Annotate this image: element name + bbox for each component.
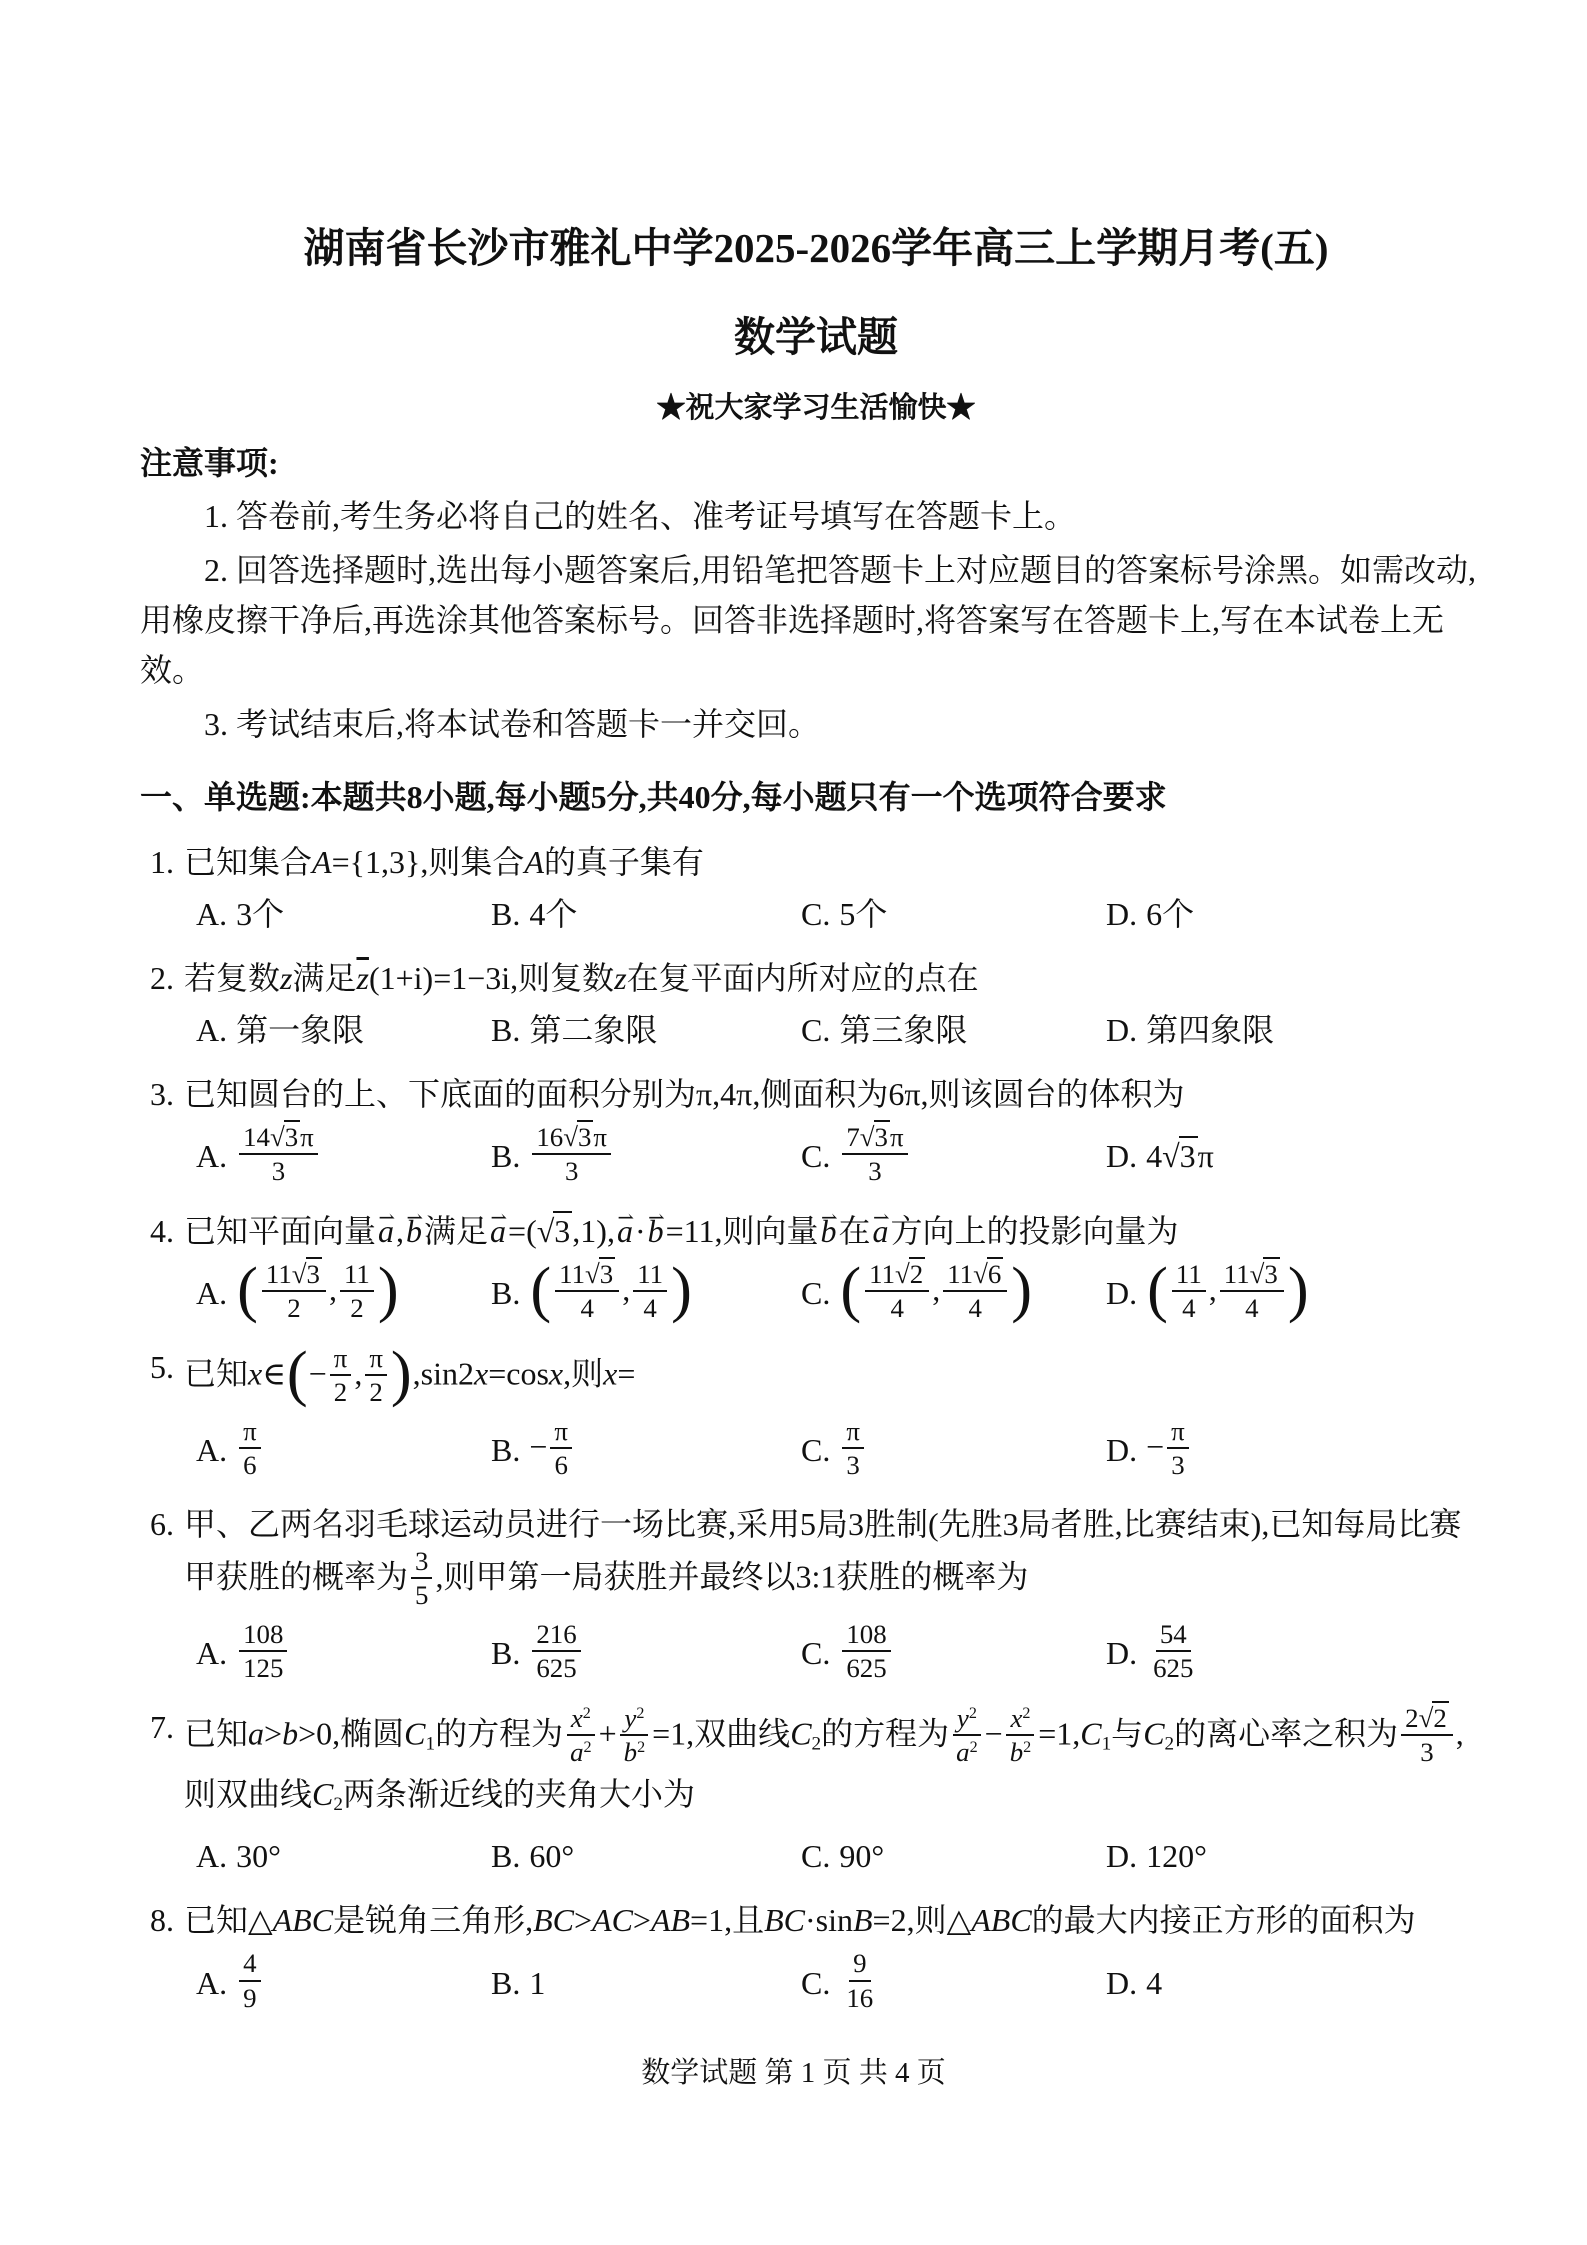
- option-text: −π3: [1146, 1417, 1192, 1484]
- option-label: A.: [196, 1427, 227, 1473]
- question-8-option-d: D. 4: [1106, 1960, 1492, 2006]
- option-text: 49: [236, 1949, 263, 2016]
- question-stem-row: 7. 已知a>b>0,椭圆C1的方程为x2a2+y2b2=1,双曲线C2的方程为…: [150, 1704, 1492, 1827]
- option-label: B.: [491, 1833, 520, 1879]
- question-stem-row: 8. 已知△ABC是锐角三角形,BC>AC>AB=1,且BC·sinB=2,则△…: [150, 1897, 1492, 1943]
- question-stem: 已知a>b>0,椭圆C1的方程为x2a2+y2b2=1,双曲线C2的方程为y2a…: [184, 1704, 1492, 1827]
- option-label: B.: [491, 1427, 520, 1473]
- question-8-option-b: B. 1: [491, 1960, 801, 2006]
- question-6-option-b: B. 216625: [491, 1620, 801, 1687]
- option-text: 4: [1146, 1960, 1162, 2006]
- question-stem: 若复数z满足z(1+i)=1−3i,则复数z在复平面内所对应的点在: [184, 955, 1492, 1001]
- option-text: 108625: [839, 1620, 893, 1687]
- question-7-option-c: C. 90°: [801, 1833, 1106, 1879]
- option-text: 5个: [839, 891, 887, 937]
- question-3-option-a: A. 14√3π3: [196, 1123, 491, 1190]
- option-label: D.: [1106, 1427, 1137, 1473]
- question-3: 3. 已知圆台的上、下底面的面积分别为π,4π,侧面积为6π,则该圆台的体积为 …: [140, 1071, 1492, 1190]
- question-stem-row: 6. 甲、乙两名羽毛球运动员进行一场比赛,采用5局3胜制(先胜3局者胜,比赛结束…: [150, 1501, 1492, 1614]
- question-number: 6.: [150, 1501, 174, 1614]
- page-footer: 数学试题 第 1 页 共 4 页: [0, 2052, 1587, 2096]
- option-text: (11√24,11√64): [839, 1260, 1033, 1327]
- option-text: 60°: [529, 1833, 574, 1879]
- notice-item-2: 2. 回答选择题时,选出每小题答案后,用铅笔把答题卡上对应题目的答案标号涂黑。如…: [140, 545, 1492, 695]
- option-text: π3: [839, 1417, 867, 1484]
- option-label: A.: [196, 1630, 227, 1676]
- option-label: B.: [491, 1960, 520, 2006]
- question-5-option-c: C. π3: [801, 1417, 1106, 1484]
- option-text: 7√3π3: [839, 1123, 910, 1190]
- question-number: 8.: [150, 1897, 174, 1943]
- question-2: 2. 若复数z满足z(1+i)=1−3i,则复数z在复平面内所对应的点在 A. …: [140, 955, 1492, 1053]
- question-2-option-b: B. 第二象限: [491, 1007, 801, 1053]
- question-7-option-d: D. 120°: [1106, 1833, 1492, 1879]
- option-label: B.: [491, 1133, 520, 1179]
- option-row: A. 第一象限 B. 第二象限 C. 第三象限 D. 第四象限: [150, 1007, 1492, 1053]
- question-stem: 已知圆台的上、下底面的面积分别为π,4π,侧面积为6π,则该圆台的体积为: [184, 1071, 1492, 1117]
- question-6-option-d: D. 54625: [1106, 1620, 1492, 1687]
- question-4-option-a: A. (11√32,112): [196, 1260, 491, 1327]
- question-stem: 已知x∈(−π2,π2),sin2x=cosx,则x=: [184, 1344, 1492, 1411]
- question-2-option-a: A. 第一象限: [196, 1007, 491, 1053]
- option-label: C.: [801, 1427, 830, 1473]
- notice-section: 注意事项: 1. 答卷前,考生务必将自己的姓名、准考证号填写在答题卡上。 2. …: [140, 439, 1492, 749]
- option-label: B.: [491, 1270, 520, 1316]
- question-1: 1. 已知集合A={1,3},则集合A的真子集有 A. 3个 B. 4个 C. …: [140, 839, 1492, 937]
- notice-item-3: 3. 考试结束后,将本试卷和答题卡一并交回。: [140, 699, 1492, 749]
- option-text: 30°: [236, 1833, 281, 1879]
- question-3-option-c: C. 7√3π3: [801, 1123, 1106, 1190]
- option-label: A.: [196, 1833, 227, 1879]
- option-row: A. 3个 B. 4个 C. 5个 D. 6个: [150, 891, 1492, 937]
- option-label: D.: [1106, 891, 1137, 937]
- question-stem: 已知集合A={1,3},则集合A的真子集有: [184, 839, 1492, 885]
- option-label: D.: [1106, 1270, 1137, 1316]
- exam-page: 湖南省长沙市雅礼中学2025-2026学年高三上学期月考(五) 数学试题 ★祝大…: [0, 222, 1587, 2016]
- question-8-option-a: A. 49: [196, 1949, 491, 2016]
- option-label: D.: [1106, 1630, 1137, 1676]
- question-5-option-b: B. −π6: [491, 1417, 801, 1484]
- option-label: A.: [196, 1007, 227, 1053]
- option-label: A.: [196, 1960, 227, 2006]
- option-row: A. 14√3π3 B. 16√3π3 C. 7√3π3 D. 4√3π: [150, 1123, 1492, 1190]
- option-text: 14√3π3: [236, 1123, 321, 1190]
- question-stem-row: 1. 已知集合A={1,3},则集合A的真子集有: [150, 839, 1492, 885]
- option-label: B.: [491, 1007, 520, 1053]
- option-text: 第二象限: [529, 1007, 657, 1053]
- option-label: C.: [801, 891, 830, 937]
- paper-title: 数学试题: [140, 313, 1492, 362]
- question-4-option-d: D. (114,11√34): [1106, 1260, 1492, 1327]
- question-7-option-b: B. 60°: [491, 1833, 801, 1879]
- question-1-option-d: D. 6个: [1106, 891, 1492, 937]
- option-text: 216625: [529, 1620, 583, 1687]
- question-6-option-a: A. 108125: [196, 1620, 491, 1687]
- option-row: A. (11√32,112) B. (11√34,114) C. (11√24,…: [150, 1260, 1492, 1327]
- question-number: 2.: [150, 955, 174, 1001]
- option-label: D.: [1106, 1960, 1137, 2006]
- option-text: 第四象限: [1146, 1007, 1274, 1053]
- option-text: 4个: [529, 891, 577, 937]
- question-list: 1. 已知集合A={1,3},则集合A的真子集有 A. 3个 B. 4个 C. …: [140, 839, 1492, 2016]
- question-6: 6. 甲、乙两名羽毛球运动员进行一场比赛,采用5局3胜制(先胜3局者胜,比赛结束…: [140, 1501, 1492, 1686]
- option-row: A. π6 B. −π6 C. π3 D. −π3: [150, 1417, 1492, 1484]
- option-text: 1: [529, 1960, 545, 2006]
- notice-item-1: 1. 答卷前,考生务必将自己的姓名、准考证号填写在答题卡上。: [140, 491, 1492, 541]
- question-4: 4. 已知平面向量a,b满足a=(√3,1),a·b=11,则向量b在a方向上的…: [140, 1208, 1492, 1327]
- option-text: (114,11√34): [1146, 1260, 1310, 1327]
- question-stem: 甲、乙两名羽毛球运动员进行一场比赛,采用5局3胜制(先胜3局者胜,比赛结束),已…: [184, 1501, 1492, 1614]
- question-2-option-d: D. 第四象限: [1106, 1007, 1492, 1053]
- question-4-option-c: C. (11√24,11√64): [801, 1260, 1106, 1327]
- question-1-option-c: C. 5个: [801, 891, 1106, 937]
- notice-heading: 注意事项:: [140, 439, 1492, 487]
- option-row: A. 108125 B. 216625 C. 108625 D. 54625: [150, 1620, 1492, 1687]
- option-label: C.: [801, 1960, 830, 2006]
- option-label: C.: [801, 1833, 830, 1879]
- option-label: D.: [1106, 1133, 1137, 1179]
- option-text: 916: [839, 1949, 880, 2016]
- section-heading: 一、单选题:本题共8小题,每小题5分,共40分,每小题只有一个选项符合要求: [140, 773, 1492, 821]
- option-label: B.: [491, 1630, 520, 1676]
- question-4-option-b: B. (11√34,114): [491, 1260, 801, 1327]
- option-text: 108125: [236, 1620, 290, 1687]
- question-number: 3.: [150, 1071, 174, 1117]
- option-label: B.: [491, 891, 520, 937]
- option-text: π6: [236, 1417, 264, 1484]
- option-text: 3个: [236, 891, 284, 937]
- question-3-option-d: D. 4√3π: [1106, 1133, 1492, 1179]
- option-label: C.: [801, 1007, 830, 1053]
- question-stem: 已知△ABC是锐角三角形,BC>AC>AB=1,且BC·sinB=2,则△ABC…: [184, 1897, 1492, 1943]
- option-text: (11√32,112): [236, 1260, 400, 1327]
- question-7: 7. 已知a>b>0,椭圆C1的方程为x2a2+y2b2=1,双曲线C2的方程为…: [140, 1704, 1492, 1879]
- question-5: 5. 已知x∈(−π2,π2),sin2x=cosx,则x= A. π6 B. …: [140, 1344, 1492, 1483]
- question-1-option-b: B. 4个: [491, 891, 801, 937]
- question-8: 8. 已知△ABC是锐角三角形,BC>AC>AB=1,且BC·sinB=2,则△…: [140, 1897, 1492, 2016]
- option-label: D.: [1106, 1833, 1137, 1879]
- question-5-option-a: A. π6: [196, 1417, 491, 1484]
- question-stem-row: 3. 已知圆台的上、下底面的面积分别为π,4π,侧面积为6π,则该圆台的体积为: [150, 1071, 1492, 1117]
- option-text: 4√3π: [1146, 1133, 1214, 1179]
- option-text: 90°: [839, 1833, 884, 1879]
- question-number: 7.: [150, 1704, 174, 1827]
- option-text: −π6: [529, 1417, 575, 1484]
- question-number: 5.: [150, 1344, 174, 1411]
- option-row: A. 30° B. 60° C. 90° D. 120°: [150, 1833, 1492, 1879]
- option-label: C.: [801, 1630, 830, 1676]
- option-text: 第三象限: [839, 1007, 967, 1053]
- question-stem: 已知平面向量a,b满足a=(√3,1),a·b=11,则向量b在a方向上的投影向…: [184, 1208, 1492, 1254]
- option-label: C.: [801, 1270, 830, 1316]
- option-text: 54625: [1146, 1620, 1200, 1687]
- question-stem-row: 4. 已知平面向量a,b满足a=(√3,1),a·b=11,则向量b在a方向上的…: [150, 1208, 1492, 1254]
- exam-title: 湖南省长沙市雅礼中学2025-2026学年高三上学期月考(五): [140, 222, 1492, 275]
- motto-line: ★祝大家学习生活愉快★: [140, 388, 1492, 429]
- question-6-option-c: C. 108625: [801, 1620, 1106, 1687]
- question-number: 4.: [150, 1208, 174, 1254]
- question-7-option-a: A. 30°: [196, 1833, 491, 1879]
- option-text: 16√3π3: [529, 1123, 614, 1190]
- option-label: A.: [196, 891, 227, 937]
- option-text: 第一象限: [236, 1007, 364, 1053]
- option-text: 6个: [1146, 891, 1194, 937]
- option-label: A.: [196, 1133, 227, 1179]
- option-text: 120°: [1146, 1833, 1207, 1879]
- question-stem-row: 5. 已知x∈(−π2,π2),sin2x=cosx,则x=: [150, 1344, 1492, 1411]
- question-5-option-d: D. −π3: [1106, 1417, 1492, 1484]
- question-number: 1.: [150, 839, 174, 885]
- question-3-option-b: B. 16√3π3: [491, 1123, 801, 1190]
- option-label: A.: [196, 1270, 227, 1316]
- question-8-option-c: C. 916: [801, 1949, 1106, 2016]
- option-label: C.: [801, 1133, 830, 1179]
- question-2-option-c: C. 第三象限: [801, 1007, 1106, 1053]
- question-stem-row: 2. 若复数z满足z(1+i)=1−3i,则复数z在复平面内所对应的点在: [150, 955, 1492, 1001]
- option-text: (11√34,114): [529, 1260, 693, 1327]
- option-label: D.: [1106, 1007, 1137, 1053]
- option-row: A. 49 B. 1 C. 916 D. 4: [150, 1949, 1492, 2016]
- question-1-option-a: A. 3个: [196, 891, 491, 937]
